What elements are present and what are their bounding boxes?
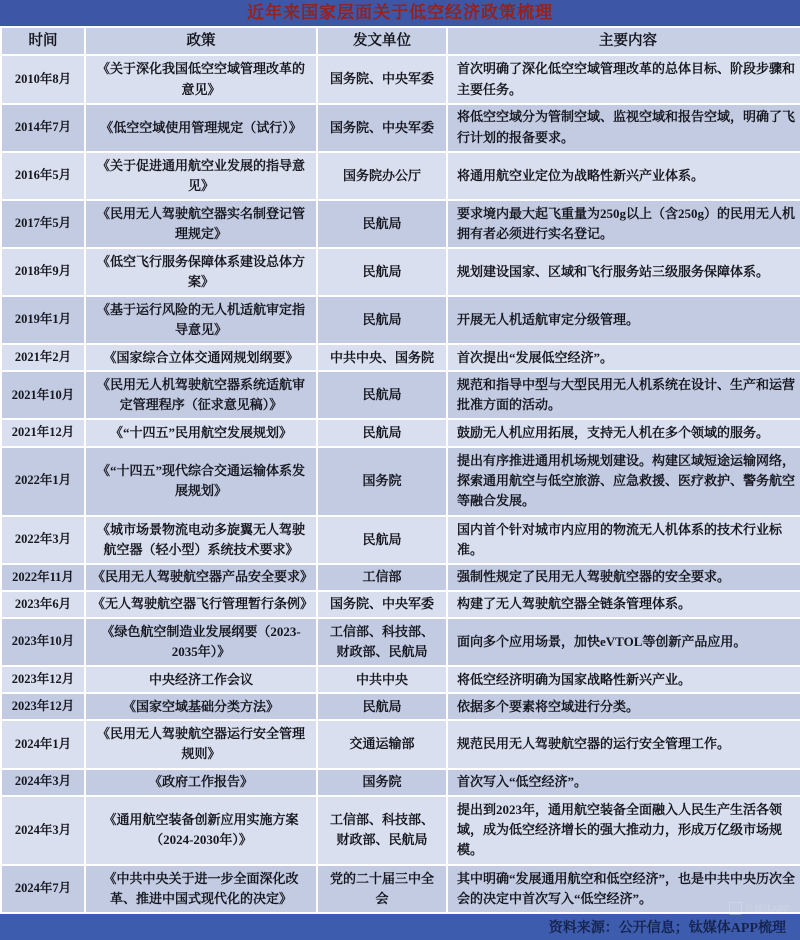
cell-policy: 《国家空域基础分类方法》 [86, 694, 316, 719]
cell-time: 2021年10月 [2, 372, 84, 418]
table-header-row: 时间 政策 发文单位 主要内容 [2, 28, 800, 54]
cell-policy: 《通用航空装备创新应用实施方案（2024-2030年）》 [86, 797, 316, 864]
cell-issuer: 民航局 [318, 694, 446, 719]
cell-issuer: 工信部、科技部、财政部、民航局 [318, 797, 446, 864]
column-header-issuer: 发文单位 [318, 28, 446, 54]
table-row: 2022年3月《城市场景物流电动多旋翼无人驾驶航空器（轻小型）系统技术要求》民航… [2, 517, 800, 563]
cell-issuer: 国务院、中央军委 [318, 592, 446, 617]
cell-policy: 《中共中央关于进一步全面深化改革、推进中国式现代化的决定》 [86, 866, 316, 912]
cell-issuer: 中共中央、国务院 [318, 345, 446, 370]
cell-time: 2019年1月 [2, 297, 84, 343]
cell-content: 提出有序推进通用机场规划建设。构建区域短途运输网络，探索通用航空与低空旅游、应急… [448, 448, 800, 515]
column-header-time: 时间 [2, 28, 84, 54]
cell-content: 规范民用无人驾驶航空器的运行安全管理工作。 [448, 721, 800, 767]
cell-time: 2014年7月 [2, 105, 84, 151]
cell-policy: 《关于促进通用航空业发展的指导意见》 [86, 153, 316, 199]
cell-content: 首次写入“低空经济”。 [448, 770, 800, 795]
cell-time: 2016年5月 [2, 153, 84, 199]
cell-time: 2022年3月 [2, 517, 84, 563]
table-row: 2023年10月《绿色航空制造业发展纲要（2023-2035年）》工信部、科技部… [2, 619, 800, 665]
cell-issuer: 工信部 [318, 565, 446, 590]
cell-time: 2022年11月 [2, 565, 84, 590]
cell-content: 提出到2023年，通用航空装备全面融入人民生产生活各领域，成为低空经济增长的强大… [448, 797, 800, 864]
table-row: 2021年12月《“十四五”民用航空发展规划》民航局鼓励无人机应用拓展，支持无人… [2, 420, 800, 445]
cell-issuer: 国务院 [318, 770, 446, 795]
cell-policy: 《城市场景物流电动多旋翼无人驾驶航空器（轻小型）系统技术要求》 [86, 517, 316, 563]
table-row: 2023年12月《国家空域基础分类方法》民航局依据多个要素将空域进行分类。 [2, 694, 800, 719]
table-row: 2016年5月《关于促进通用航空业发展的指导意见》国务院办公厅将通用航空业定位为… [2, 153, 800, 199]
table-row: 2024年7月《中共中央关于进一步全面深化改革、推进中国式现代化的决定》党的二十… [2, 866, 800, 912]
cell-policy: 中央经济工作会议 [86, 667, 316, 692]
cell-issuer: 民航局 [318, 517, 446, 563]
cell-time: 2021年2月 [2, 345, 84, 370]
cell-policy: 《政府工作报告》 [86, 770, 316, 795]
low-altitude-policy-infographic: 近年来国家层面关于低空经济政策梳理 时间 政策 发文单位 主要内容 2010年8… [0, 0, 800, 940]
cell-issuer: 民航局 [318, 249, 446, 295]
cell-policy: 《绿色航空制造业发展纲要（2023-2035年）》 [86, 619, 316, 665]
cell-content: 规划建设国家、区域和飞行服务站三级服务保障体系。 [448, 249, 800, 295]
cell-content: 构建了无人驾驶航空器全链条管理体系。 [448, 592, 800, 617]
cell-issuer: 国务院、中央军委 [318, 105, 446, 151]
cell-time: 2021年12月 [2, 420, 84, 445]
cell-content: 将通用航空业定位为战略性新兴产业体系。 [448, 153, 800, 199]
cell-content: 将低空空域分为管制空域、监视空域和报告空域，明确了飞行计划的报备要求。 [448, 105, 800, 151]
cell-time: 2017年5月 [2, 201, 84, 247]
cell-content: 首次提出“发展低空经济”。 [448, 345, 800, 370]
cell-issuer: 民航局 [318, 297, 446, 343]
cell-policy: 《关于深化我国低空空域管理改革的意见》 [86, 56, 316, 102]
cell-time: 2024年3月 [2, 770, 84, 795]
cell-time: 2024年3月 [2, 797, 84, 864]
cell-policy: 《国家综合立体交通网规划纲要》 [86, 345, 316, 370]
policy-table: 时间 政策 发文单位 主要内容 2010年8月《关于深化我国低空空域管理改革的意… [0, 26, 800, 914]
policy-table-body: 2010年8月《关于深化我国低空空域管理改革的意见》国务院、中央军委首次明确了深… [2, 56, 800, 912]
cell-policy: 《“十四五”现代综合交通运输体系发展规划》 [86, 448, 316, 515]
table-row: 2023年6月《无人驾驶航空器飞行管理暂行条例》国务院、中央军委构建了无人驾驶航… [2, 592, 800, 617]
cell-policy: 《民用无人驾驶航空器运行安全管理规则》 [86, 721, 316, 767]
cell-policy: 《民用无人驾驶航空器实名制登记管理规定》 [86, 201, 316, 247]
cell-content: 鼓励无人机应用拓展，支持无人机在多个领域的服务。 [448, 420, 800, 445]
cell-issuer: 中共中央 [318, 667, 446, 692]
cell-issuer: 党的二十届三中全会 [318, 866, 446, 912]
cell-issuer: 国务院、中央军委 [318, 56, 446, 102]
cell-content: 国内首个针对城市内应用的物流无人机体系的技术行业标准。 [448, 517, 800, 563]
table-row: 2022年1月《“十四五”现代综合交通运输体系发展规划》国务院提出有序推进通用机… [2, 448, 800, 515]
cell-content: 将低空经济明确为国家战略性新兴产业。 [448, 667, 800, 692]
cell-policy: 《低空飞行服务保障体系建设总体方案》 [86, 249, 316, 295]
table-row: 2022年11月《民用无人驾驶航空器产品安全要求》工信部强制性规定了民用无人驾驶… [2, 565, 800, 590]
table-row: 2024年3月《通用航空装备创新应用实施方案（2024-2030年）》工信部、科… [2, 797, 800, 864]
cell-policy: 《无人驾驶航空器飞行管理暂行条例》 [86, 592, 316, 617]
cell-time: 2022年1月 [2, 448, 84, 515]
table-row: 2023年12月中央经济工作会议中共中央将低空经济明确为国家战略性新兴产业。 [2, 667, 800, 692]
cell-time: 2024年7月 [2, 866, 84, 912]
cell-policy: 《低空空域使用管理规定（试行）》 [86, 105, 316, 151]
cell-issuer: 工信部、科技部、财政部、民航局 [318, 619, 446, 665]
source-text: 资料来源：公开信息；钛媒体APP梳理 [549, 917, 786, 937]
cell-policy: 《民用无人驾驶航空器产品安全要求》 [86, 565, 316, 590]
table-row: 2024年1月《民用无人驾驶航空器运行安全管理规则》交通运输部规范民用无人驾驶航… [2, 721, 800, 767]
cell-time: 2018年9月 [2, 249, 84, 295]
cell-issuer: 国务院 [318, 448, 446, 515]
cell-time: 2023年12月 [2, 694, 84, 719]
cell-time: 2023年12月 [2, 667, 84, 692]
column-header-policy: 政策 [86, 28, 316, 54]
table-row: 2017年5月《民用无人驾驶航空器实名制登记管理规定》民航局要求境内最大起飞重量… [2, 201, 800, 247]
cell-policy: 《基于运行风险的无人机适航审定指导意见》 [86, 297, 316, 343]
cell-policy: 《民用无人机驾驶航空器系统适航审定管理程序（征求意见稿）》 [86, 372, 316, 418]
cell-issuer: 民航局 [318, 420, 446, 445]
table-row: 2021年10月《民用无人机驾驶航空器系统适航审定管理程序（征求意见稿）》民航局… [2, 372, 800, 418]
cell-content: 面向多个应用场景，加快eVTOL等创新产品应用。 [448, 619, 800, 665]
cell-content: 首次明确了深化低空空域管理改革的总体目标、阶段步骤和主要任务。 [448, 56, 800, 102]
cell-content: 依据多个要素将空域进行分类。 [448, 694, 800, 719]
table-row: 2024年3月《政府工作报告》国务院首次写入“低空经济”。 [2, 770, 800, 795]
cell-issuer: 交通运输部 [318, 721, 446, 767]
table-row: 2010年8月《关于深化我国低空空域管理改革的意见》国务院、中央军委首次明确了深… [2, 56, 800, 102]
column-header-content: 主要内容 [448, 28, 800, 54]
cell-content: 规范和指导中型与大型民用无人机系统在设计、生产和运营批准方面的活动。 [448, 372, 800, 418]
cell-time: 2010年8月 [2, 56, 84, 102]
cell-issuer: 国务院办公厅 [318, 153, 446, 199]
cell-content: 强制性规定了民用无人驾驶航空器的安全要求。 [448, 565, 800, 590]
cell-time: 2023年6月 [2, 592, 84, 617]
page-title: 近年来国家层面关于低空经济政策梳理 [0, 0, 800, 26]
table-row: 2014年7月《低空空域使用管理规定（试行）》国务院、中央军委将低空空域分为管制… [2, 105, 800, 151]
cell-issuer: 民航局 [318, 372, 446, 418]
table-row: 2021年2月《国家综合立体交通网规划纲要》中共中央、国务院首次提出“发展低空经… [2, 345, 800, 370]
cell-policy: 《“十四五”民用航空发展规划》 [86, 420, 316, 445]
cell-time: 2023年10月 [2, 619, 84, 665]
table-row: 2019年1月《基于运行风险的无人机适航审定指导意见》民航局开展无人机适航审定分… [2, 297, 800, 343]
cell-issuer: 民航局 [318, 201, 446, 247]
cell-content: 其中明确“发展通用航空和低空经济”，也是中共中央历次全会的决定中首次写入“低空经… [448, 866, 800, 912]
cell-time: 2024年1月 [2, 721, 84, 767]
footer-bar: 资料来源：公开信息；钛媒体APP梳理 [0, 914, 800, 940]
cell-content: 要求境内最大起飞重量为250g以上（含250g）的民用无人机拥有者必须进行实名登… [448, 201, 800, 247]
table-row: 2018年9月《低空飞行服务保障体系建设总体方案》民航局规划建设国家、区域和飞行… [2, 249, 800, 295]
cell-content: 开展无人机适航审定分级管理。 [448, 297, 800, 343]
